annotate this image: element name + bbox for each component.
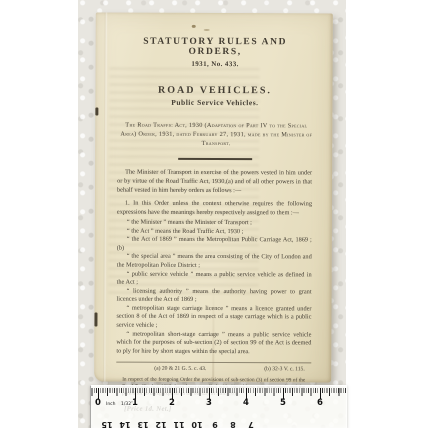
ruler-number-4: 4 bbox=[243, 398, 249, 408]
ruler-cm-number: 7 bbox=[248, 420, 254, 428]
ruler-number-0: 0 bbox=[95, 398, 101, 408]
subsubject-heading: Public Service Vehicles. bbox=[117, 98, 312, 108]
definitions-list: “ the Minister ” means the Minister of T… bbox=[116, 219, 312, 357]
ruler-cm-number: 15 bbox=[101, 420, 112, 428]
series-title: STATUTORY RULES AND ORDERS, bbox=[118, 37, 313, 58]
title-divider-rule bbox=[178, 158, 252, 160]
footnote-a: (a) 20 & 21 G. 5. c. 43. bbox=[154, 366, 206, 372]
definition-item: “ public service vehicle ” means a publi… bbox=[117, 270, 312, 288]
ruler-major-ticks bbox=[91, 388, 347, 399]
ruler-number-2: 2 bbox=[169, 398, 175, 408]
definition-item: “ licensing authority ” means the author… bbox=[117, 287, 312, 305]
ruler-cm-number: 10 bbox=[191, 420, 202, 428]
ruler-unit-label: Inch bbox=[106, 402, 116, 407]
pamphlet-page: STATUTORY RULES AND ORDERS, 1931, No. 43… bbox=[94, 12, 333, 382]
ruler-cm-number: 14 bbox=[119, 420, 130, 428]
footnotes-row: (a) 20 & 21 G. 5. c. 43. (b) 32-3 V. c. … bbox=[116, 366, 311, 373]
frame-bar-left bbox=[0, 0, 78, 428]
ruler-number-6: 6 bbox=[317, 398, 323, 408]
ruler-number-1: 1 bbox=[132, 398, 138, 408]
definition-item: “ metropolitan stage carriage licence ” … bbox=[116, 304, 311, 331]
ruler-scale-label: 1/32″ bbox=[121, 402, 133, 407]
definition-item: “ the special area ” means the area cons… bbox=[117, 253, 312, 271]
series-number: 1931, No. 433. bbox=[118, 60, 313, 69]
order-long-title: The Road Traffic Act, 1930 (Adaptation o… bbox=[117, 121, 315, 149]
ruler-cm-number: 12 bbox=[155, 420, 166, 428]
footnote-rule bbox=[116, 362, 311, 364]
ruler-cm-number: 13 bbox=[137, 420, 148, 428]
inch-ruler: 0 Inch 1/32″ 1 2 3 4 5 6 15 14 13 12 11 … bbox=[90, 385, 347, 428]
definition-item: “ metropolitan short-stage carriage ” me… bbox=[116, 330, 311, 357]
preamble-paragraph: The Minister of Transport in exercise of… bbox=[117, 169, 312, 196]
photo-canvas: STATUTORY RULES AND ORDERS, 1931, No. 43… bbox=[0, 0, 428, 428]
ruler-cm-number: 8 bbox=[230, 420, 236, 428]
printed-content: STATUTORY RULES AND ORDERS, 1931, No. 43… bbox=[94, 12, 333, 382]
footnote-b: (b) 32-3 V. c. 115. bbox=[264, 366, 304, 372]
definition-item: “ the Act of 1869 ” means the Metropolit… bbox=[117, 236, 312, 254]
article-1-paragraph: 1. In this Order unless the context othe… bbox=[117, 200, 312, 218]
ruler-cm-number: 11 bbox=[173, 420, 184, 428]
ruler-cm-number: 9 bbox=[212, 420, 218, 428]
subject-heading: ROAD VEHICLES. bbox=[117, 85, 312, 97]
frame-bar-right bbox=[346, 0, 428, 428]
ruler-number-3: 3 bbox=[206, 398, 212, 408]
ruler-number-5: 5 bbox=[280, 398, 286, 408]
